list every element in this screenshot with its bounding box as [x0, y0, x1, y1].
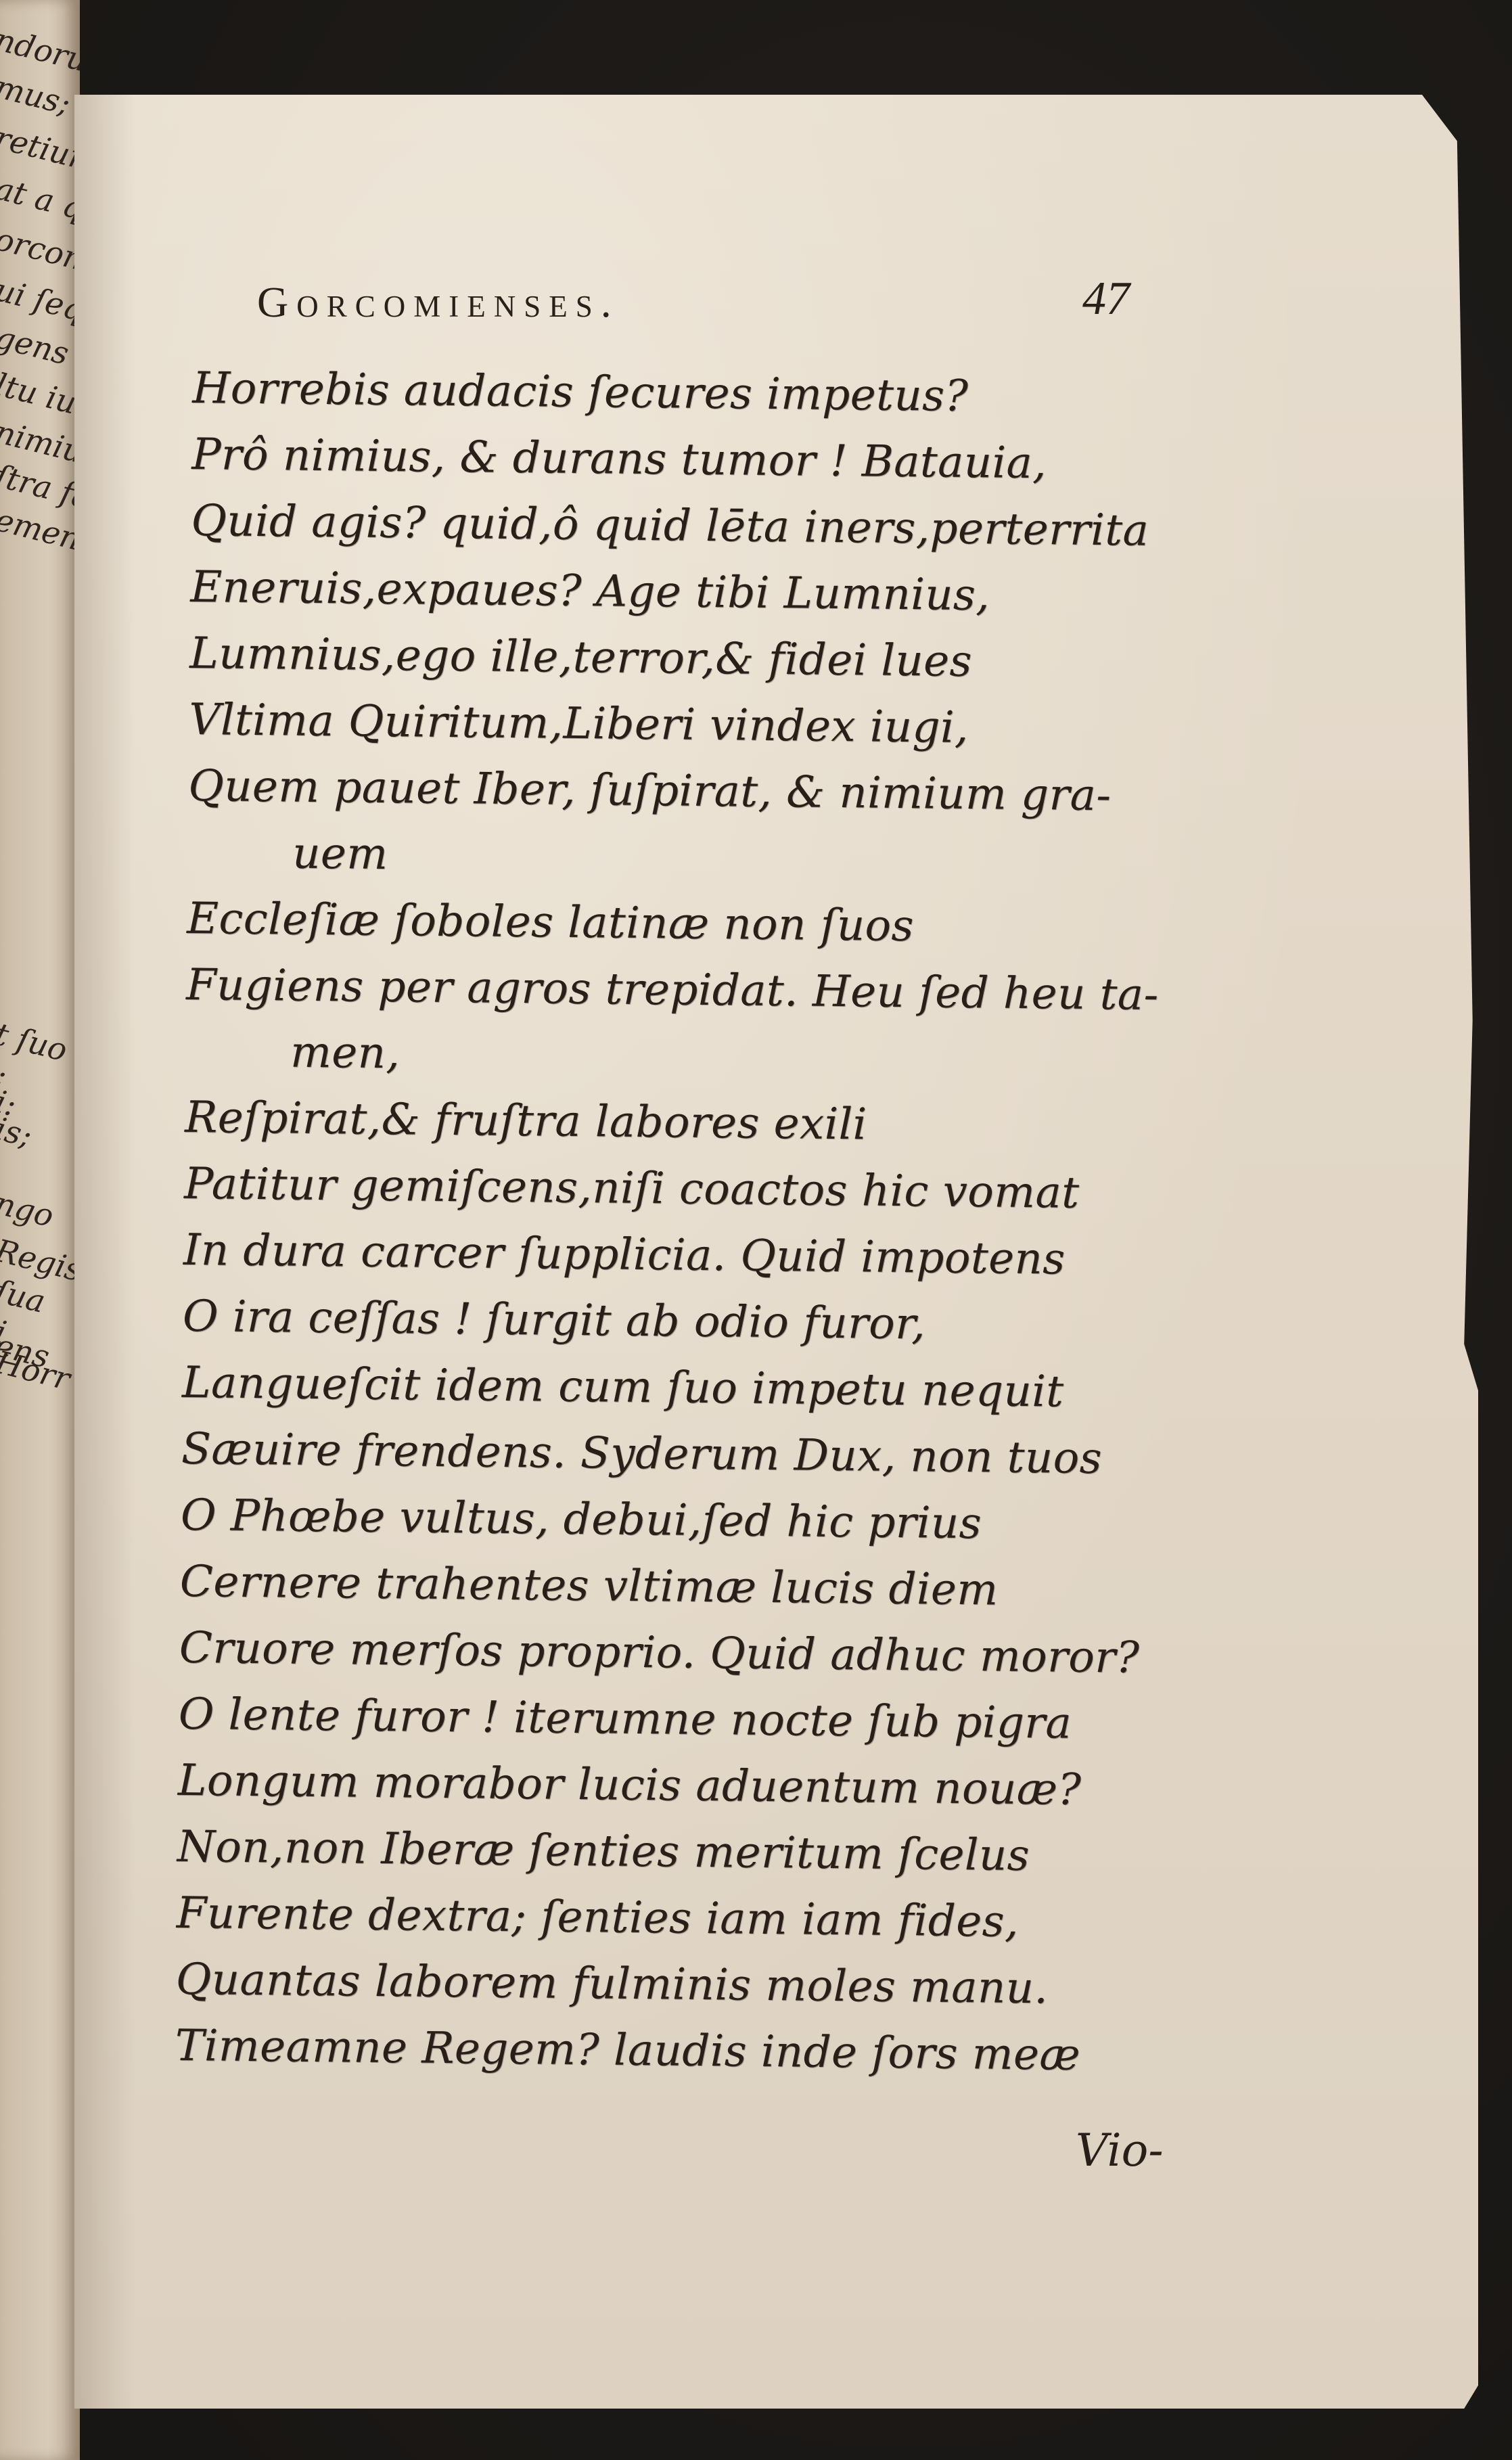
verse-line: O lente furor ! iterumne nocte ſub pigra — [178, 1681, 1396, 1760]
verse-block: Horrebis audacis ſecures impetus? Prô ni… — [175, 355, 1411, 2092]
verse-line: Quem pauet Iber, ſuſpirat, & nimium gra- — [188, 753, 1406, 832]
verse-line: Timeamne Regem? laudis inde ſors meæ — [175, 2013, 1393, 2092]
verse-line: Eccleſiæ ſoboles latinæ non ſuos — [187, 886, 1405, 965]
verse-line: Quantas laborem fulminis moles manu. — [175, 1946, 1394, 2026]
verse-line: Fugiens per agros trepidat. Heu ſed heu … — [186, 952, 1404, 1031]
verse-line: Eneruis,expaues? Age tibi Lumnius, — [190, 554, 1408, 633]
facing-line: t ſuo — [0, 1016, 71, 1068]
verse-line: Prô nimius, & durans tumor ! Batauia, — [191, 422, 1410, 501]
running-head: Gorcomienses. — [257, 277, 620, 327]
verse-line: Cruore merſos proprio. Quid adhuc moror? — [179, 1615, 1397, 1694]
photo-scene: ndorum ſa mus; diu m retium ſu at a quos… — [0, 0, 1512, 2460]
verse-line: Sæuire frendens. Syderum Dux, non tuos — [181, 1416, 1400, 1495]
book-page: ​ Gorcomienses. 47 Horrebis audacis ſecu… — [74, 95, 1478, 2409]
verse-line-runover: men, — [185, 1018, 1404, 1097]
verse-line: Vltima Quiritum,Liberi vindex iugi, — [189, 687, 1407, 766]
catchword: Vio- — [1076, 2124, 1164, 2177]
verse-line: Furente dextra; ſenties iam iam fides, — [176, 1880, 1394, 1959]
verse-line: Horrebis audacis ſecures impetus? — [192, 355, 1411, 434]
verse-line: O ira ceſſas ! ſurgit ab odio furor, — [183, 1283, 1401, 1363]
page-number: 47 — [1082, 272, 1130, 326]
verse-line: Cernere trahentes vltimæ lucis diem — [180, 1549, 1398, 1628]
verse-line: In dura carcer ſupplicia. Quid impotens — [183, 1217, 1402, 1296]
facing-line: is; — [0, 1110, 36, 1154]
verse-line: Langueſcit idem cum ſuo impetu nequit — [182, 1350, 1400, 1429]
verse-line-runover: uem — [187, 819, 1406, 898]
verse-line: Lumnius,ego ille,terror,& fidei lues — [189, 620, 1408, 700]
facing-page: ndorum ſa mus; diu m retium ſu at a quos… — [0, 0, 80, 2460]
verse-line: Reſpirat,& fruſtra labores exili — [185, 1085, 1403, 1164]
gutter-shadow — [74, 95, 135, 2409]
verse-line: Non,non Iberæ ſenties meritum ſcelus — [177, 1814, 1395, 1893]
verse-line: O Phœbe vultus, debui,ſed hic prius — [181, 1482, 1399, 1562]
verse-line: Quid agis? quid,ô quid lēta iners,perter… — [191, 488, 1409, 567]
verse-line: Patitur gemiſcens,niſi coactos hic vomat — [184, 1151, 1402, 1230]
facing-line: ngo — [0, 1185, 58, 1234]
verse-line: Longum morabor lucis aduentum nouæ? — [177, 1748, 1396, 1827]
